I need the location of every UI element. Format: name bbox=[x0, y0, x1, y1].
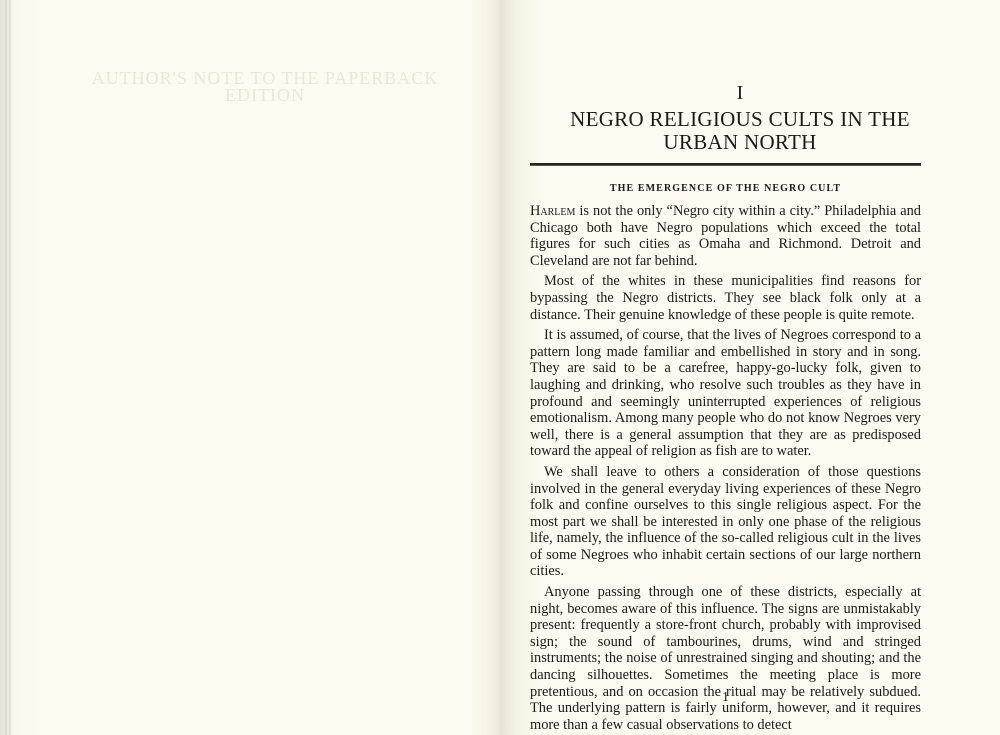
chapter-title-line-2: URBAN NORTH bbox=[530, 131, 950, 154]
chapter-title-line-1: NEGRO RELIGIOUS CULTS IN THE bbox=[530, 108, 950, 131]
body-text: Harlem is not the only “Negro city withi… bbox=[530, 203, 921, 735]
drop-word: Harlem bbox=[530, 203, 575, 219]
right-page: I NEGRO RELIGIOUS CULTS IN THE URBAN NOR… bbox=[500, 0, 1000, 735]
left-page: AUTHOR'S NOTE TO THE PAPERBACK EDITION bbox=[0, 0, 500, 735]
paragraph-2: Most of the whites in these municipaliti… bbox=[530, 273, 921, 323]
show-through-text: AUTHOR'S NOTE TO THE PAPERBACK EDITION bbox=[70, 60, 460, 104]
chapter-title: NEGRO RELIGIOUS CULTS IN THE URBAN NORTH bbox=[530, 108, 950, 154]
page-number: 1 bbox=[530, 690, 921, 706]
paragraph-1: Harlem is not the only “Negro city withi… bbox=[530, 203, 921, 269]
section-heading: THE EMERGENCE OF THE NEGRO CULT bbox=[530, 183, 921, 194]
paragraph-4: We shall leave to others a consideration… bbox=[530, 464, 921, 580]
show-through-title: AUTHOR'S NOTE TO THE PAPERBACK EDITION bbox=[70, 70, 460, 104]
book-spread: AUTHOR'S NOTE TO THE PAPERBACK EDITION I… bbox=[0, 0, 1000, 735]
paragraph-3: It is assumed, of course, that the lives… bbox=[530, 327, 921, 460]
paragraph-5: Anyone passing through one of these dist… bbox=[530, 584, 921, 733]
paragraph-1-text: is not the only “Negro city within a cit… bbox=[530, 203, 921, 269]
chapter-number: I bbox=[530, 82, 950, 105]
title-rule-divider bbox=[530, 163, 921, 166]
